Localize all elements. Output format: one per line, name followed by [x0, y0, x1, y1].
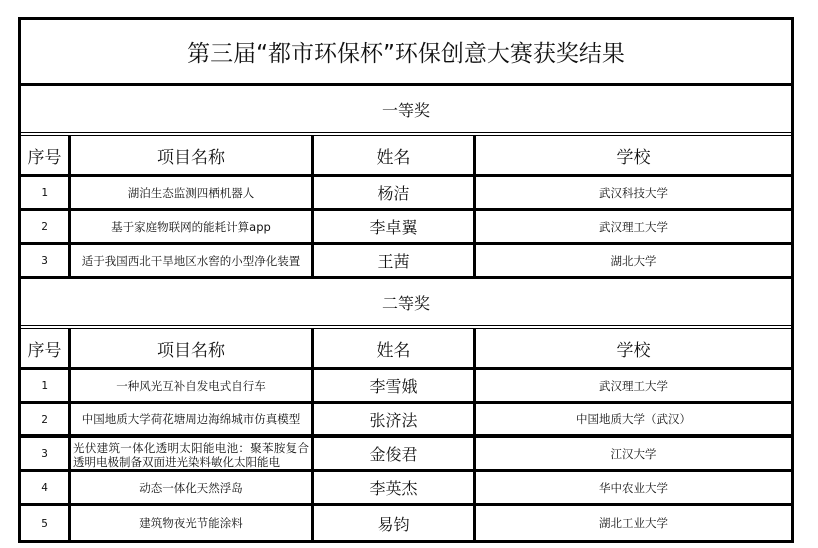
column-header-project: 项目名称: [71, 136, 314, 174]
row-name: 李英杰: [314, 472, 476, 503]
section-row-second-prize: 二等奖: [21, 279, 791, 329]
row-school: 湖北大学: [476, 245, 791, 276]
column-header-name: 姓名: [314, 136, 476, 174]
column-header-project: 项目名称: [71, 329, 314, 367]
row-no: 1: [21, 370, 71, 401]
row-school: 中国地质大学（武汉）: [476, 404, 791, 434]
row-project: 中国地质大学荷花塘周边海绵城市仿真模型: [71, 404, 314, 434]
title-row: 第三届“都市环保杯”环保创意大赛获奖结果: [21, 20, 791, 86]
row-project: 适于我国西北干旱地区水窖的小型净化装置: [71, 245, 314, 276]
row-project: 光伏建筑一体化透明太阳能电池：聚苯胺复合透明电极制备双面进光染料敏化太阳能电: [71, 438, 314, 469]
row-school: 湖北工业大学: [476, 506, 791, 540]
row-no: 5: [21, 506, 71, 540]
column-header-school: 学校: [476, 136, 791, 174]
row-project: 基于家庭物联网的能耗计算app: [71, 211, 314, 242]
awards-table: 第三届“都市环保杯”环保创意大赛获奖结果 一等奖 序号 项目名称 姓名 学校 1…: [18, 17, 794, 543]
row-no: 4: [21, 472, 71, 503]
row-project: 动态一体化天然浮岛: [71, 472, 314, 503]
section-row-first-prize: 一等奖: [21, 86, 791, 136]
table-row: 2 中国地质大学荷花塘周边海绵城市仿真模型 张济法 中国地质大学（武汉）: [21, 404, 791, 438]
column-header-school: 学校: [476, 329, 791, 367]
header-row: 序号 项目名称 姓名 学校: [21, 136, 791, 177]
table-row: 1 湖泊生态监测四栖机器人 杨洁 武汉科技大学: [21, 177, 791, 211]
row-school: 华中农业大学: [476, 472, 791, 503]
column-header-no: 序号: [21, 136, 71, 174]
row-school: 武汉科技大学: [476, 177, 791, 208]
row-name: 李卓翼: [314, 211, 476, 242]
row-project: 一种风光互补自发电式自行车: [71, 370, 314, 401]
table-row: 3 光伏建筑一体化透明太阳能电池：聚苯胺复合透明电极制备双面进光染料敏化太阳能电…: [21, 438, 791, 472]
row-name: 金俊君: [314, 438, 476, 469]
section-label: 二等奖: [21, 279, 791, 325]
table-row: 5 建筑物夜光节能涂料 易钧 湖北工业大学: [21, 506, 791, 540]
row-project: 湖泊生态监测四栖机器人: [71, 177, 314, 208]
row-school: 武汉理工大学: [476, 211, 791, 242]
table-row: 3 适于我国西北干旱地区水窖的小型净化装置 王茜 湖北大学: [21, 245, 791, 279]
row-name: 易钧: [314, 506, 476, 540]
row-name: 李雪娥: [314, 370, 476, 401]
row-no: 2: [21, 211, 71, 242]
row-no: 1: [21, 177, 71, 208]
section-label: 一等奖: [21, 86, 791, 132]
row-no: 2: [21, 404, 71, 434]
page-title: 第三届“都市环保杯”环保创意大赛获奖结果: [21, 20, 791, 83]
table-row: 2 基于家庭物联网的能耗计算app 李卓翼 武汉理工大学: [21, 211, 791, 245]
row-school: 江汉大学: [476, 438, 791, 469]
table-row: 1 一种风光互补自发电式自行车 李雪娥 武汉理工大学: [21, 370, 791, 404]
row-project: 建筑物夜光节能涂料: [71, 506, 314, 540]
header-row: 序号 项目名称 姓名 学校: [21, 329, 791, 370]
row-name: 张济法: [314, 404, 476, 434]
column-header-no: 序号: [21, 329, 71, 367]
row-no: 3: [21, 438, 71, 469]
table-row: 4 动态一体化天然浮岛 李英杰 华中农业大学: [21, 472, 791, 506]
row-name: 王茜: [314, 245, 476, 276]
row-no: 3: [21, 245, 71, 276]
row-school: 武汉理工大学: [476, 370, 791, 401]
row-name: 杨洁: [314, 177, 476, 208]
column-header-name: 姓名: [314, 329, 476, 367]
